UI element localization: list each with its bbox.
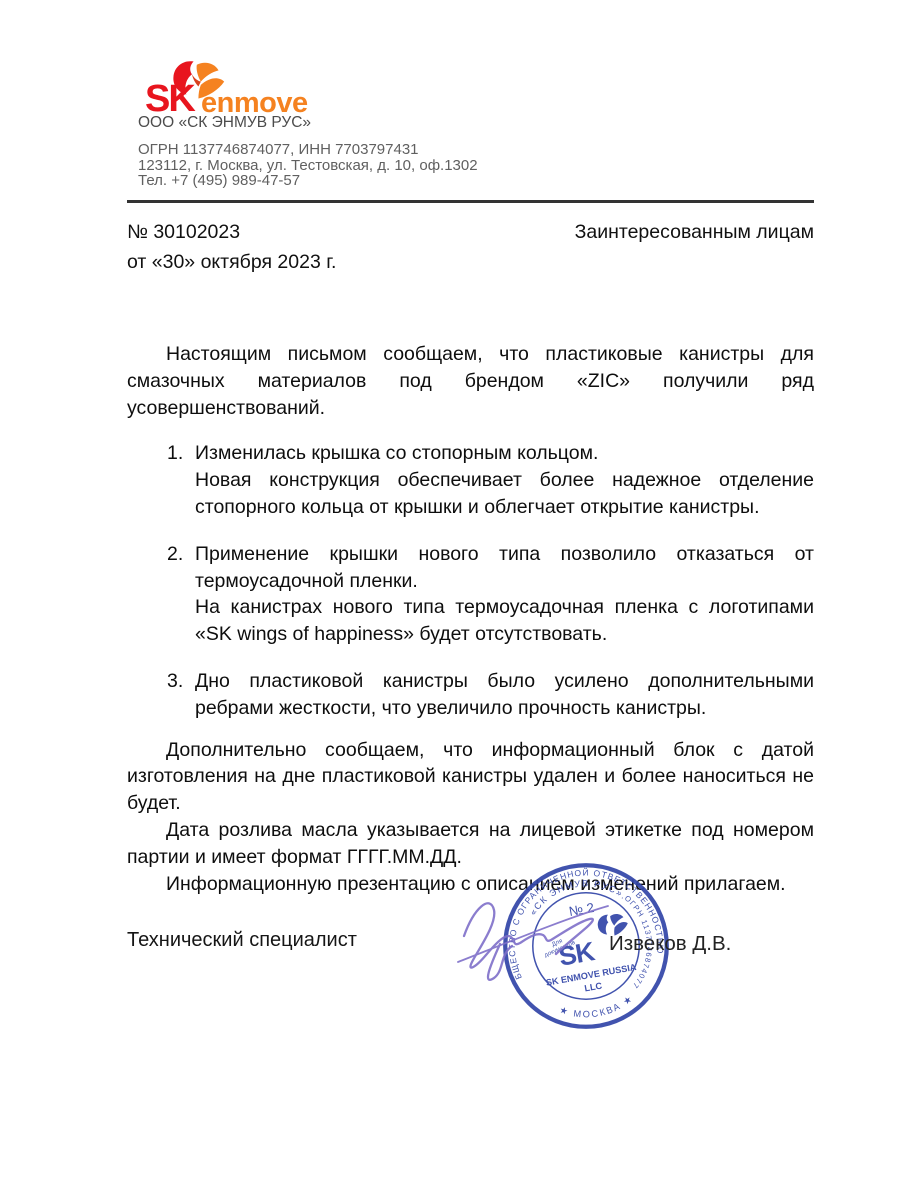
letter-page: SK enmove ООО «СК ЭНМУВ РУС» ОГРН 113774… [0, 0, 900, 1200]
signer-position: Технический специалист [127, 929, 357, 952]
change-list: 1. Изменилась крышка со стопорным кольцо… [127, 440, 814, 721]
list-item-detail: Новая конструкция обеспечивает более над… [195, 467, 814, 521]
list-item: 1. Изменилась крышка со стопорным кольцо… [127, 440, 814, 520]
company-registration: ОГРН 1137746874077, ИНН 7703797431 [138, 142, 478, 158]
list-item: 2. Применение крышки нового типа позволи… [127, 541, 814, 648]
list-item-detail: На канистрах нового типа термоусадочная … [195, 594, 814, 648]
company-address: 123112, г. Москва, ул. Тестовская, д. 10… [138, 158, 478, 174]
letter-date: от «30» октября 2023 г. [127, 251, 814, 274]
date-format-paragraph: Дата розлива масла указывается на лицево… [127, 817, 814, 871]
list-item-number: 2. [167, 541, 183, 568]
letter-number: № 30102023 [127, 221, 240, 244]
additional-paragraph: Дополнительно сообщаем, что информационн… [127, 737, 814, 817]
signer-name: Извеков Д.В. [609, 932, 731, 956]
list-item: 3. Дно пластиковой канистры было усилено… [127, 668, 814, 722]
list-item-lead: Дно пластиковой канистры было усилено до… [195, 668, 814, 722]
intro-paragraph: Настоящим письмом сообщаем, что пластико… [127, 341, 814, 421]
list-item-lead: Изменилась крышка со стопорным кольцом. [195, 440, 814, 467]
list-item-lead: Применение крышки нового типа позволило … [195, 541, 814, 595]
handwritten-signature [450, 878, 630, 996]
brand-logo: SK enmove [145, 56, 305, 118]
company-phone: Тел. +7 (495) 989-47-57 [138, 173, 478, 189]
header-divider [127, 200, 814, 203]
letter-meta: № 30102023 Заинтересованным лицам от «30… [127, 221, 814, 274]
company-name: ООО «СК ЭНМУВ РУС» [138, 114, 311, 132]
list-item-number: 3. [167, 668, 183, 695]
list-item-number: 1. [167, 440, 183, 467]
company-details: ОГРН 1137746874077, ИНН 7703797431 12311… [138, 142, 478, 189]
letter-body: Настоящим письмом сообщаем, что пластико… [127, 341, 814, 897]
letter-addressee: Заинтересованным лицам [575, 221, 814, 244]
